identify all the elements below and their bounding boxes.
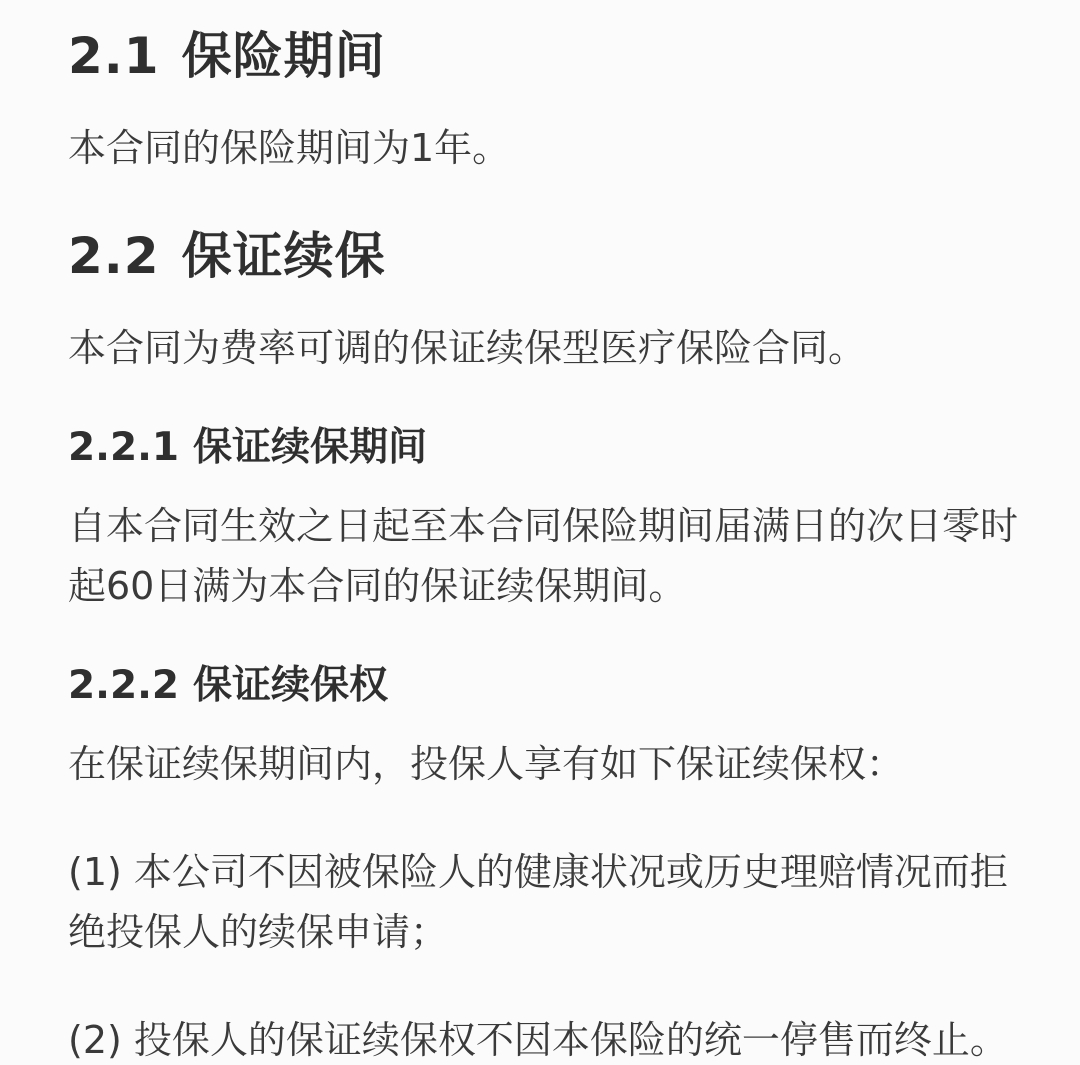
paragraph-renewal-right-intro: 在保证续保期间内，投保人享有如下保证续保权： [68,734,1012,794]
section-title: 保证续保权 [193,663,388,708]
section-number: 2.1 [68,27,160,85]
paragraph-renewal-period: 自本合同生效之日起至本合同保险期间届满日的次日零时 起60日满为本合同的保证续保… [68,496,1012,616]
section-title: 保证续保期间 [193,425,427,470]
paragraph-insurance-period: 本合同的保险期间为1年。 [68,118,1012,178]
section-heading-2-1: 2.1保险期间 [68,18,1012,94]
section-heading-2-2-1: 2.2.1保证续保期间 [68,418,1012,478]
text-line: 本合同的保险期间为1年。 [68,126,510,170]
section-title: 保证续保 [182,227,386,285]
section-heading-2-2: 2.2保证续保 [68,218,1012,294]
section-title: 保险期间 [182,27,386,85]
text-line: (1) 本公司不因被保险人的健康状况或历史理赔情况而拒 [68,850,1008,894]
text-line: (2) 投保人的保证续保权不因本保险的统一停售而终止。 [68,1018,1008,1062]
text-line: 在保证续保期间内，投保人享有如下保证续保权： [68,742,904,786]
text-line: 绝投保人的续保申请； [68,910,448,954]
section-number: 2.2.2 [68,663,179,708]
section-number: 2.2.1 [68,425,179,470]
text-line: 起60日满为本合同的保证续保期间。 [68,564,686,608]
clause-item-2: (2) 投保人的保证续保权不因本保险的统一停售而终止。 [68,1010,1012,1065]
paragraph-guaranteed-renewal: 本合同为费率可调的保证续保型医疗保险合同。 [68,318,1012,378]
text-line: 本合同为费率可调的保证续保型医疗保险合同。 [68,326,866,370]
section-number: 2.2 [68,227,160,285]
section-heading-2-2-2: 2.2.2保证续保权 [68,656,1012,716]
text-line: 自本合同生效之日起至本合同保险期间届满日的次日零时 [68,504,1018,548]
insurance-terms-document: 2.1保险期间 本合同的保险期间为1年。 2.2保证续保 本合同为费率可调的保证… [0,0,1080,1065]
clause-item-1: (1) 本公司不因被保险人的健康状况或历史理赔情况而拒 绝投保人的续保申请； [68,842,1012,962]
